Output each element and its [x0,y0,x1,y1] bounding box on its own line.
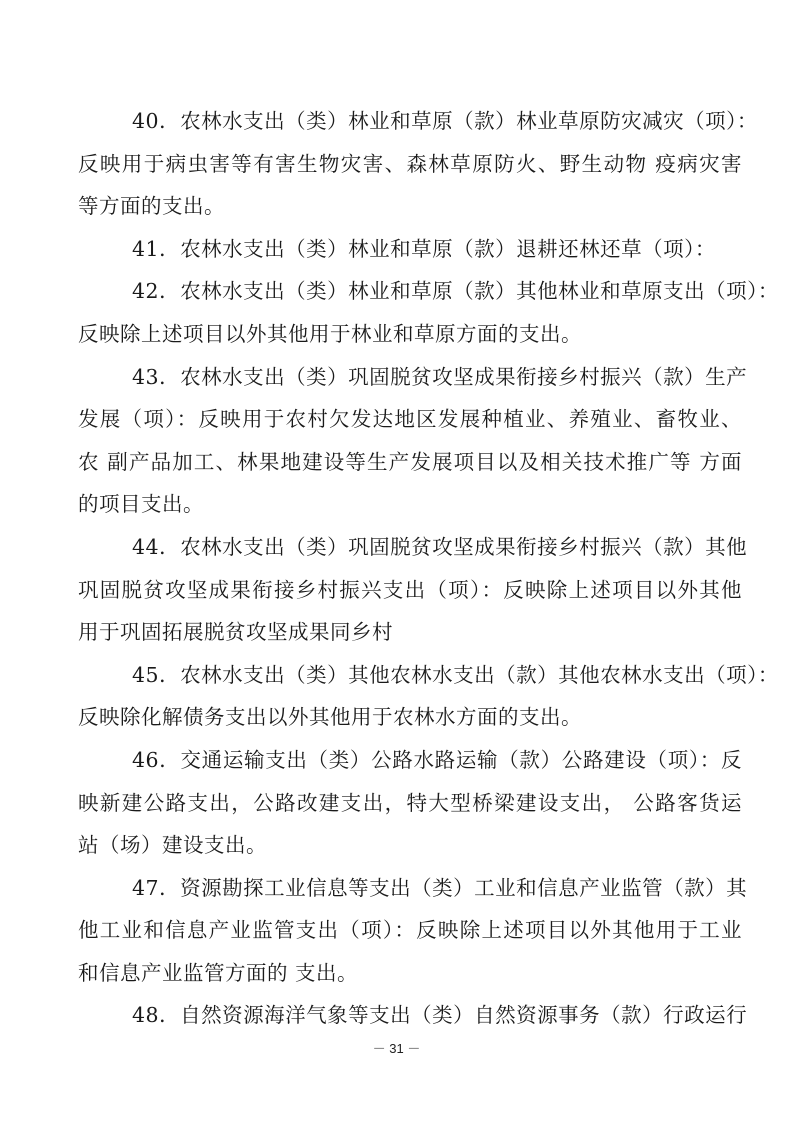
paragraph-line: 40．农林水支出（类）林业和草原（款）林业草原防灾减灾（项）： [78,100,742,143]
paragraph-line: 站（场）建设支出。 [78,824,742,867]
paragraph-line: 44．农林水支出（类）巩固脱贫攻坚成果衔接乡村振兴（款）其他 [78,526,742,569]
paragraph-line: 他工业和信息产业监管支出（项）：反映除上述项目以外其他用于工业 [78,909,742,952]
paragraph-line: 农 副产品加工、林果地建设等生产发展项目以及相关技术推广等 方面 [78,441,742,484]
paragraph-line: 42．农林水支出（类）林业和草原（款）其他林业和草原支出（项）： [78,270,742,313]
paragraph-line: 47．资源勘探工业信息等支出（类）工业和信息产业监管（款）其 [78,867,742,910]
paragraph-line: 反映除化解债务支出以外其他用于农林水方面的支出。 [78,696,742,739]
paragraph-line: 反映用于病虫害等有害生物灾害、森林草原防火、野生动物 疫病灾害 [78,143,742,186]
paragraph-line: 反映除上述项目以外其他用于林业和草原方面的支出。 [78,313,742,356]
paragraph-line: 映新建公路支出，公路改建支出，特大型桥梁建设支出， 公路客货运 [78,782,742,825]
paragraph-line: 的项目支出。 [78,483,742,526]
paragraph-line: 43．农林水支出（类）巩固脱贫攻坚成果衔接乡村振兴（款）生产 [78,356,742,399]
paragraph-40: 40．农林水支出（类）林业和草原（款）林业草原防灾减灾（项）： 反映用于病虫害等… [78,100,742,228]
paragraph-line: 用于巩固拓展脱贫攻坚成果同乡村 [78,611,742,654]
paragraph-44: 44．农林水支出（类）巩固脱贫攻坚成果衔接乡村振兴（款）其他 巩固脱贫攻坚成果衔… [78,526,742,654]
paragraph-line: 41．农林水支出（类）林业和草原（款）退耕还林还草（项）： [78,228,742,271]
paragraph-line: 巩固脱贫攻坚成果衔接乡村振兴支出（项）：反映除上述项目以外其他 [78,569,742,612]
paragraph-line: 等方面的支出。 [78,185,742,228]
paragraph-41: 41．农林水支出（类）林业和草原（款）退耕还林还草（项）： [78,228,742,271]
paragraph-46: 46．交通运输支出（类）公路水路运输（款）公路建设（项）：反 映新建公路支出，公… [78,739,742,867]
paragraph-43: 43．农林水支出（类）巩固脱贫攻坚成果衔接乡村振兴（款）生产 发展（项）：反映用… [78,356,742,526]
document-body: 40．农林水支出（类）林业和草原（款）林业草原防灾减灾（项）： 反映用于病虫害等… [78,100,742,1037]
paragraph-line: 45．农林水支出（类）其他农林水支出（款）其他农林水支出（项）： [78,654,742,697]
paragraph-line: 48．自然资源海洋气象等支出（类）自然资源事务（款）行政运行 [78,994,742,1037]
paragraph-line: 46．交通运输支出（类）公路水路运输（款）公路建设（项）：反 [78,739,742,782]
page-number: － 31 － [0,1038,793,1057]
paragraph-42: 42．农林水支出（类）林业和草原（款）其他林业和草原支出（项）： 反映除上述项目… [78,270,742,355]
paragraph-45: 45．农林水支出（类）其他农林水支出（款）其他农林水支出（项）： 反映除化解债务… [78,654,742,739]
paragraph-line: 和信息产业监管方面的 支出。 [78,952,742,995]
paragraph-47: 47．资源勘探工业信息等支出（类）工业和信息产业监管（款）其 他工业和信息产业监… [78,867,742,995]
document-page: 40．农林水支出（类）林业和草原（款）林业草原防灾减灾（项）： 反映用于病虫害等… [0,0,793,1122]
paragraph-line: 发展（项）：反映用于农村欠发达地区发展种植业、养殖业、畜牧业、 [78,398,742,441]
paragraph-48: 48．自然资源海洋气象等支出（类）自然资源事务（款）行政运行 [78,994,742,1037]
